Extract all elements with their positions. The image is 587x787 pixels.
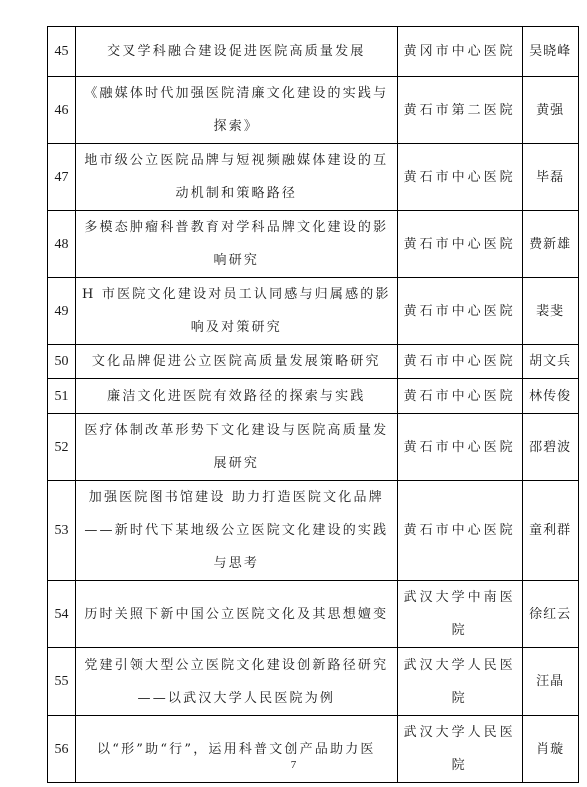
paper-title-line: 党建引领大型公立医院文化建设创新路径研究 <box>82 649 391 682</box>
author-name: 徐红云 <box>522 581 578 648</box>
paper-title-line: 交叉学科融合建设促进医院高质量发展 <box>82 35 391 68</box>
row-number: 54 <box>48 581 76 648</box>
paper-list-table: 45 交叉学科融合建设促进医院高质量发展 黄冈市中心医院 吴晓峰 46 《融媒体… <box>47 26 579 783</box>
paper-title: 多模态肿瘤科普教育对学科品牌文化建设的影响研究 <box>76 211 398 278</box>
row-number: 52 <box>48 414 76 481</box>
author-unit: 黄石市中心医院 <box>397 211 522 278</box>
table-row: 48 多模态肿瘤科普教育对学科品牌文化建设的影响研究 黄石市中心医院 费新雄 <box>48 211 579 278</box>
table-row: 46 《融媒体时代加强医院清廉文化建设的实践与探索》 黄石市第二医院 黄强 <box>48 77 579 144</box>
table-row: 47 地市级公立医院品牌与短视频融媒体建设的互动机制和策略路径 黄石市中心医院 … <box>48 144 579 211</box>
author-unit: 武汉大学中南医院 <box>397 581 522 648</box>
paper-title-line: 廉洁文化进医院有效路径的探索与实践 <box>82 380 391 413</box>
row-number: 46 <box>48 77 76 144</box>
author-unit: 黄石市中心医院 <box>397 379 522 414</box>
table-row: 56 以“形”助“行”，运用科普文创产品助力医 武汉大学人民医院 肖璇 <box>48 716 579 783</box>
table-row: 50 文化品牌促进公立医院高质量发展策略研究 黄石市中心医院 胡文兵 <box>48 345 579 379</box>
author-name: 邵碧波 <box>522 414 578 481</box>
row-number: 50 <box>48 345 76 379</box>
author-unit: 黄冈市中心医院 <box>397 27 522 77</box>
paper-title-line: 响及对策研究 <box>82 311 391 344</box>
table-body: 45 交叉学科融合建设促进医院高质量发展 黄冈市中心医院 吴晓峰 46 《融媒体… <box>48 27 579 783</box>
paper-title: 廉洁文化进医院有效路径的探索与实践 <box>76 379 398 414</box>
author-unit: 黄石市中心医院 <box>397 414 522 481</box>
paper-title-line: ——新时代下某地级公立医院文化建设的实践 <box>82 514 391 547</box>
author-name: 林传俊 <box>522 379 578 414</box>
paper-title-line: 医疗体制改革形势下文化建设与医院高质量发 <box>82 414 391 447</box>
paper-title-line: 展研究 <box>82 447 391 480</box>
table-row: 51 廉洁文化进医院有效路径的探索与实践 黄石市中心医院 林传俊 <box>48 379 579 414</box>
paper-title: 医疗体制改革形势下文化建设与医院高质量发展研究 <box>76 414 398 481</box>
paper-title-line: 《融媒体时代加强医院清廉文化建设的实践与 <box>82 77 391 110</box>
table-row: 45 交叉学科融合建设促进医院高质量发展 黄冈市中心医院 吴晓峰 <box>48 27 579 77</box>
author-unit: 黄石市第二医院 <box>397 77 522 144</box>
author-unit: 黄石市中心医院 <box>397 144 522 211</box>
row-number: 48 <box>48 211 76 278</box>
author-name: 费新雄 <box>522 211 578 278</box>
paper-title: 《融媒体时代加强医院清廉文化建设的实践与探索》 <box>76 77 398 144</box>
paper-title: 文化品牌促进公立医院高质量发展策略研究 <box>76 345 398 379</box>
author-name: 汪晶 <box>522 648 578 716</box>
row-number: 56 <box>48 716 76 783</box>
paper-title: 以“形”助“行”，运用科普文创产品助力医 <box>76 716 398 783</box>
author-unit: 黄石市中心医院 <box>397 278 522 345</box>
paper-title-line: 地市级公立医院品牌与短视频融媒体建设的互 <box>82 144 391 177</box>
row-number: 45 <box>48 27 76 77</box>
author-unit: 黄石市中心医院 <box>397 481 522 581</box>
row-number: 55 <box>48 648 76 716</box>
paper-title: H 市医院文化建设对员工认同感与归属感的影响及对策研究 <box>76 278 398 345</box>
paper-title: 地市级公立医院品牌与短视频融媒体建设的互动机制和策略路径 <box>76 144 398 211</box>
row-number: 53 <box>48 481 76 581</box>
paper-title: 党建引领大型公立医院文化建设创新路径研究——以武汉大学人民医院为例 <box>76 648 398 716</box>
author-name: 裴斐 <box>522 278 578 345</box>
paper-title-line: 动机制和策略路径 <box>82 177 391 210</box>
author-unit: 武汉大学人民医院 <box>397 648 522 716</box>
table-row: 55 党建引领大型公立医院文化建设创新路径研究——以武汉大学人民医院为例 武汉大… <box>48 648 579 716</box>
paper-title: 历时关照下新中国公立医院文化及其思想嬗变 <box>76 581 398 648</box>
author-unit: 武汉大学人民医院 <box>397 716 522 783</box>
paper-title-line: 文化品牌促进公立医院高质量发展策略研究 <box>82 345 391 378</box>
author-name: 肖璇 <box>522 716 578 783</box>
table-row: 52 医疗体制改革形势下文化建设与医院高质量发展研究 黄石市中心医院 邵碧波 <box>48 414 579 481</box>
row-number: 47 <box>48 144 76 211</box>
author-name: 吴晓峰 <box>522 27 578 77</box>
author-unit: 黄石市中心医院 <box>397 345 522 379</box>
table-row: 49 H 市医院文化建设对员工认同感与归属感的影响及对策研究 黄石市中心医院 裴… <box>48 278 579 345</box>
author-name: 胡文兵 <box>522 345 578 379</box>
paper-title-line: 加强医院图书馆建设 助力打造医院文化品牌 <box>82 481 391 514</box>
paper-title-line: 与思考 <box>82 547 391 580</box>
paper-title-line: H 市医院文化建设对员工认同感与归属感的影 <box>82 278 391 311</box>
paper-title: 交叉学科融合建设促进医院高质量发展 <box>76 27 398 77</box>
table-row: 54 历时关照下新中国公立医院文化及其思想嬗变 武汉大学中南医院 徐红云 <box>48 581 579 648</box>
row-number: 51 <box>48 379 76 414</box>
author-name: 毕磊 <box>522 144 578 211</box>
author-name: 黄强 <box>522 77 578 144</box>
row-number: 49 <box>48 278 76 345</box>
author-name: 童利群 <box>522 481 578 581</box>
table-row: 53 加强医院图书馆建设 助力打造医院文化品牌——新时代下某地级公立医院文化建设… <box>48 481 579 581</box>
paper-title-line: 响研究 <box>82 244 391 277</box>
paper-title: 加强医院图书馆建设 助力打造医院文化品牌——新时代下某地级公立医院文化建设的实践… <box>76 481 398 581</box>
paper-title-line: 多模态肿瘤科普教育对学科品牌文化建设的影 <box>82 211 391 244</box>
paper-title-line: ——以武汉大学人民医院为例 <box>82 682 391 715</box>
paper-title-line: 历时关照下新中国公立医院文化及其思想嬗变 <box>82 598 391 631</box>
page-number: 7 <box>0 759 587 771</box>
paper-title-line: 探索》 <box>82 110 391 143</box>
